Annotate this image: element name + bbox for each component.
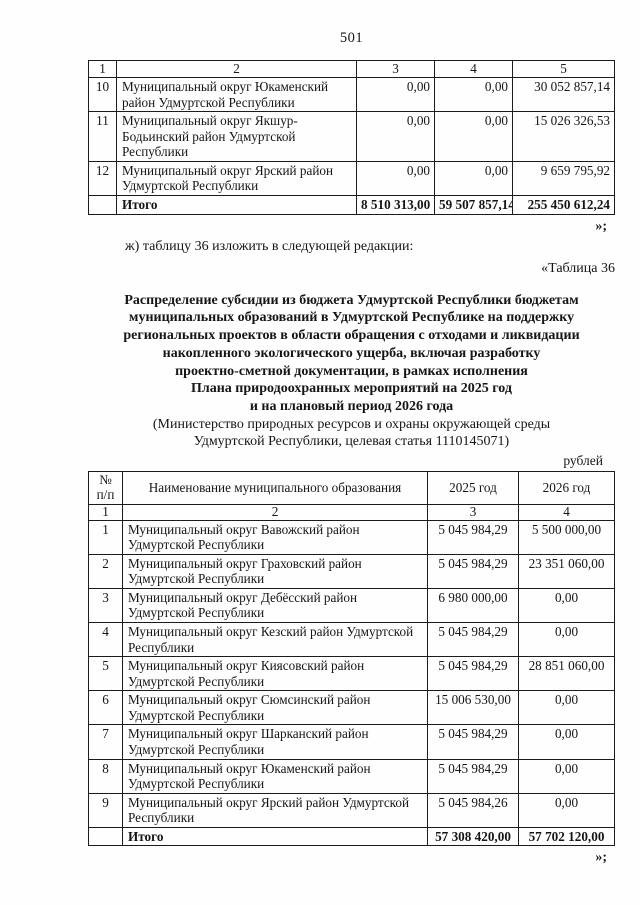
table-cell-name: Муниципальный округ Сюмсинский район Удм… xyxy=(123,691,428,725)
table-cell-name: Муниципальный округ Шарканский район Удм… xyxy=(123,725,428,759)
title-line: накопленного экологического ущерба, вклю… xyxy=(88,345,615,363)
table-body: 10Муниципальный округ Юкаменский район У… xyxy=(89,78,615,196)
table-cell-y2025: 5 045 984,29 xyxy=(428,657,519,691)
total-value: 8 510 313,00 xyxy=(357,196,435,215)
table-row: 11Муниципальный округ Якшур-Бодьинский р… xyxy=(89,112,615,162)
empty-cell xyxy=(89,196,117,215)
table-row: 4Муниципальный округ Кезский район Удмур… xyxy=(89,622,615,656)
table-row: 8Муниципальный округ Юкаменский район Уд… xyxy=(89,759,615,793)
table-cell-name: Муниципальный округ Юкаменский район Удм… xyxy=(117,78,357,112)
table-footer: Итого 57 308 420,00 57 702 120,00 xyxy=(89,827,615,846)
table-row: 3Муниципальный округ Дебёсский район Удм… xyxy=(89,588,615,622)
table-cell-n: 12 xyxy=(89,161,117,195)
table-cell-c3: 0,00 xyxy=(357,78,435,112)
column-number: 4 xyxy=(519,504,615,520)
table-cell-n: 5 xyxy=(89,657,123,691)
header-num: № п/п xyxy=(89,471,123,504)
table-body: 1Муниципальный округ Вавожский район Удм… xyxy=(89,520,615,827)
closing-quote: »; xyxy=(88,846,615,866)
table-cell-y2026: 0,00 xyxy=(519,622,615,656)
total-label: Итого xyxy=(117,196,357,215)
header-name: Наименование муниципального образования xyxy=(123,471,428,504)
title-line: Распределение субсидии из бюджета Удмурт… xyxy=(88,292,615,310)
table-cell-c3: 0,00 xyxy=(357,112,435,162)
total-label: Итого xyxy=(123,827,428,846)
table-cell-n: 4 xyxy=(89,622,123,656)
table-cell-y2026: 28 851 060,00 xyxy=(519,657,615,691)
table-cell-n: 1 xyxy=(89,520,123,554)
table-continuation: 1 2 3 4 5 10Муниципальный округ Юкаменск… xyxy=(88,60,615,215)
table-cell-name: Муниципальный округ Юкаменский район Удм… xyxy=(123,759,428,793)
table-label: «Таблица 36 xyxy=(88,261,615,277)
header-row: № п/п Наименование муниципального образо… xyxy=(89,471,615,504)
total-value: 57 702 120,00 xyxy=(519,827,615,846)
table-cell-name: Муниципальный округ Дебёсский район Удму… xyxy=(123,588,428,622)
table-cell-name: Муниципальный округ Ярский район Удмуртс… xyxy=(117,161,357,195)
table-cell-name: Муниципальный округ Граховский район Удм… xyxy=(123,554,428,588)
page-number: 501 xyxy=(88,0,615,47)
table-cell-y2025: 5 045 984,26 xyxy=(428,793,519,827)
column-number: 2 xyxy=(123,504,428,520)
subtitle-line: Удмуртской Республики, целевая статья 11… xyxy=(88,433,615,451)
table-cell-name: Муниципальный округ Вавожский район Удму… xyxy=(123,520,428,554)
amendment-text: ж) таблицу 36 изложить в следующей редак… xyxy=(88,239,615,255)
header-2026: 2026 год xyxy=(519,471,615,504)
table-cell-y2025: 5 045 984,29 xyxy=(428,622,519,656)
column-number: 4 xyxy=(435,61,513,78)
table-cell-c4: 0,00 xyxy=(435,161,513,195)
column-number: 3 xyxy=(428,504,519,520)
table-cell-y2026: 0,00 xyxy=(519,588,615,622)
column-number: 3 xyxy=(357,61,435,78)
title-line: Плана природоохранных мероприятий на 202… xyxy=(88,380,615,398)
currency-label: рублей xyxy=(88,453,615,469)
column-number: 5 xyxy=(513,61,615,78)
header-2025: 2025 год xyxy=(428,471,519,504)
table-cell-n: 6 xyxy=(89,691,123,725)
table-cell-y2026: 5 500 000,00 xyxy=(519,520,615,554)
closing-quote: »; xyxy=(88,215,615,235)
column-number-row: 1 2 3 4 xyxy=(89,504,615,520)
table-row: 1Муниципальный округ Вавожский район Удм… xyxy=(89,520,615,554)
table-cell-c5: 9 659 795,92 xyxy=(513,161,615,195)
table-cell-y2025: 5 045 984,29 xyxy=(428,759,519,793)
title-line: и на плановый период 2026 года xyxy=(88,398,615,416)
page-content: 501 1 2 3 4 5 10Муниципальный округ Юкам… xyxy=(88,0,615,866)
table-row: 9Муниципальный округ Ярский район Удмурт… xyxy=(89,793,615,827)
empty-cell xyxy=(89,827,123,846)
table-36: № п/п Наименование муниципального образо… xyxy=(88,471,615,847)
table-cell-y2026: 0,00 xyxy=(519,793,615,827)
document-title: Распределение субсидии из бюджета Удмурт… xyxy=(88,292,615,416)
title-line: региональных проектов в области обращени… xyxy=(88,327,615,345)
table-row: 5Муниципальный округ Киясовский район Уд… xyxy=(89,657,615,691)
title-line: муниципальных образований в Удмуртской Р… xyxy=(88,309,615,327)
table-cell-n: 10 xyxy=(89,78,117,112)
table-cell-c5: 15 026 326,53 xyxy=(513,112,615,162)
table-cell-name: Муниципальный округ Киясовский район Удм… xyxy=(123,657,428,691)
table-cell-c4: 0,00 xyxy=(435,112,513,162)
total-value: 57 308 420,00 xyxy=(428,827,519,846)
table-cell-n: 3 xyxy=(89,588,123,622)
table-footer: Итого 8 510 313,00 59 507 857,14 255 450… xyxy=(89,196,615,215)
column-number: 1 xyxy=(89,504,123,520)
table-cell-name: Муниципальный округ Ярский район Удмуртс… xyxy=(123,793,428,827)
total-value: 255 450 612,24 xyxy=(513,196,615,215)
table-cell-y2025: 5 045 984,29 xyxy=(428,725,519,759)
table-cell-y2026: 23 351 060,00 xyxy=(519,554,615,588)
table-cell-n: 8 xyxy=(89,759,123,793)
table-cell-c4: 0,00 xyxy=(435,78,513,112)
table-row: 6Муниципальный округ Сюмсинский район Уд… xyxy=(89,691,615,725)
table-cell-n: 11 xyxy=(89,112,117,162)
table-row: 2Муниципальный округ Граховский район Уд… xyxy=(89,554,615,588)
title-line: проектно-сметной документации, в рамках … xyxy=(88,363,615,381)
table-cell-c5: 30 052 857,14 xyxy=(513,78,615,112)
total-row: Итого 57 308 420,00 57 702 120,00 xyxy=(89,827,615,846)
column-number-row: 1 2 3 4 5 xyxy=(89,61,615,78)
table-cell-n: 2 xyxy=(89,554,123,588)
table-cell-n: 7 xyxy=(89,725,123,759)
column-number: 2 xyxy=(117,61,357,78)
table-cell-y2026: 0,00 xyxy=(519,691,615,725)
subtitle-line: (Министерство природных ресурсов и охран… xyxy=(88,416,615,434)
table-cell-y2025: 5 045 984,29 xyxy=(428,520,519,554)
table-cell-y2025: 5 045 984,29 xyxy=(428,554,519,588)
table-cell-y2025: 6 980 000,00 xyxy=(428,588,519,622)
document-subtitle: (Министерство природных ресурсов и охран… xyxy=(88,416,615,451)
table-cell-y2025: 15 006 530,00 xyxy=(428,691,519,725)
table-cell-n: 9 xyxy=(89,793,123,827)
table-row: 12Муниципальный округ Ярский район Удмур… xyxy=(89,161,615,195)
total-row: Итого 8 510 313,00 59 507 857,14 255 450… xyxy=(89,196,615,215)
column-number: 1 xyxy=(89,61,117,78)
table-cell-name: Муниципальный округ Кезский район Удмурт… xyxy=(123,622,428,656)
table-row: 10Муниципальный округ Юкаменский район У… xyxy=(89,78,615,112)
total-value: 59 507 857,14 xyxy=(435,196,513,215)
table-cell-c3: 0,00 xyxy=(357,161,435,195)
table-cell-y2026: 0,00 xyxy=(519,725,615,759)
table-cell-y2026: 0,00 xyxy=(519,759,615,793)
table-row: 7Муниципальный округ Шарканский район Уд… xyxy=(89,725,615,759)
table-cell-name: Муниципальный округ Якшур-Бодьинский рай… xyxy=(117,112,357,162)
document-page: 501 1 2 3 4 5 10Муниципальный округ Юкам… xyxy=(0,0,640,905)
